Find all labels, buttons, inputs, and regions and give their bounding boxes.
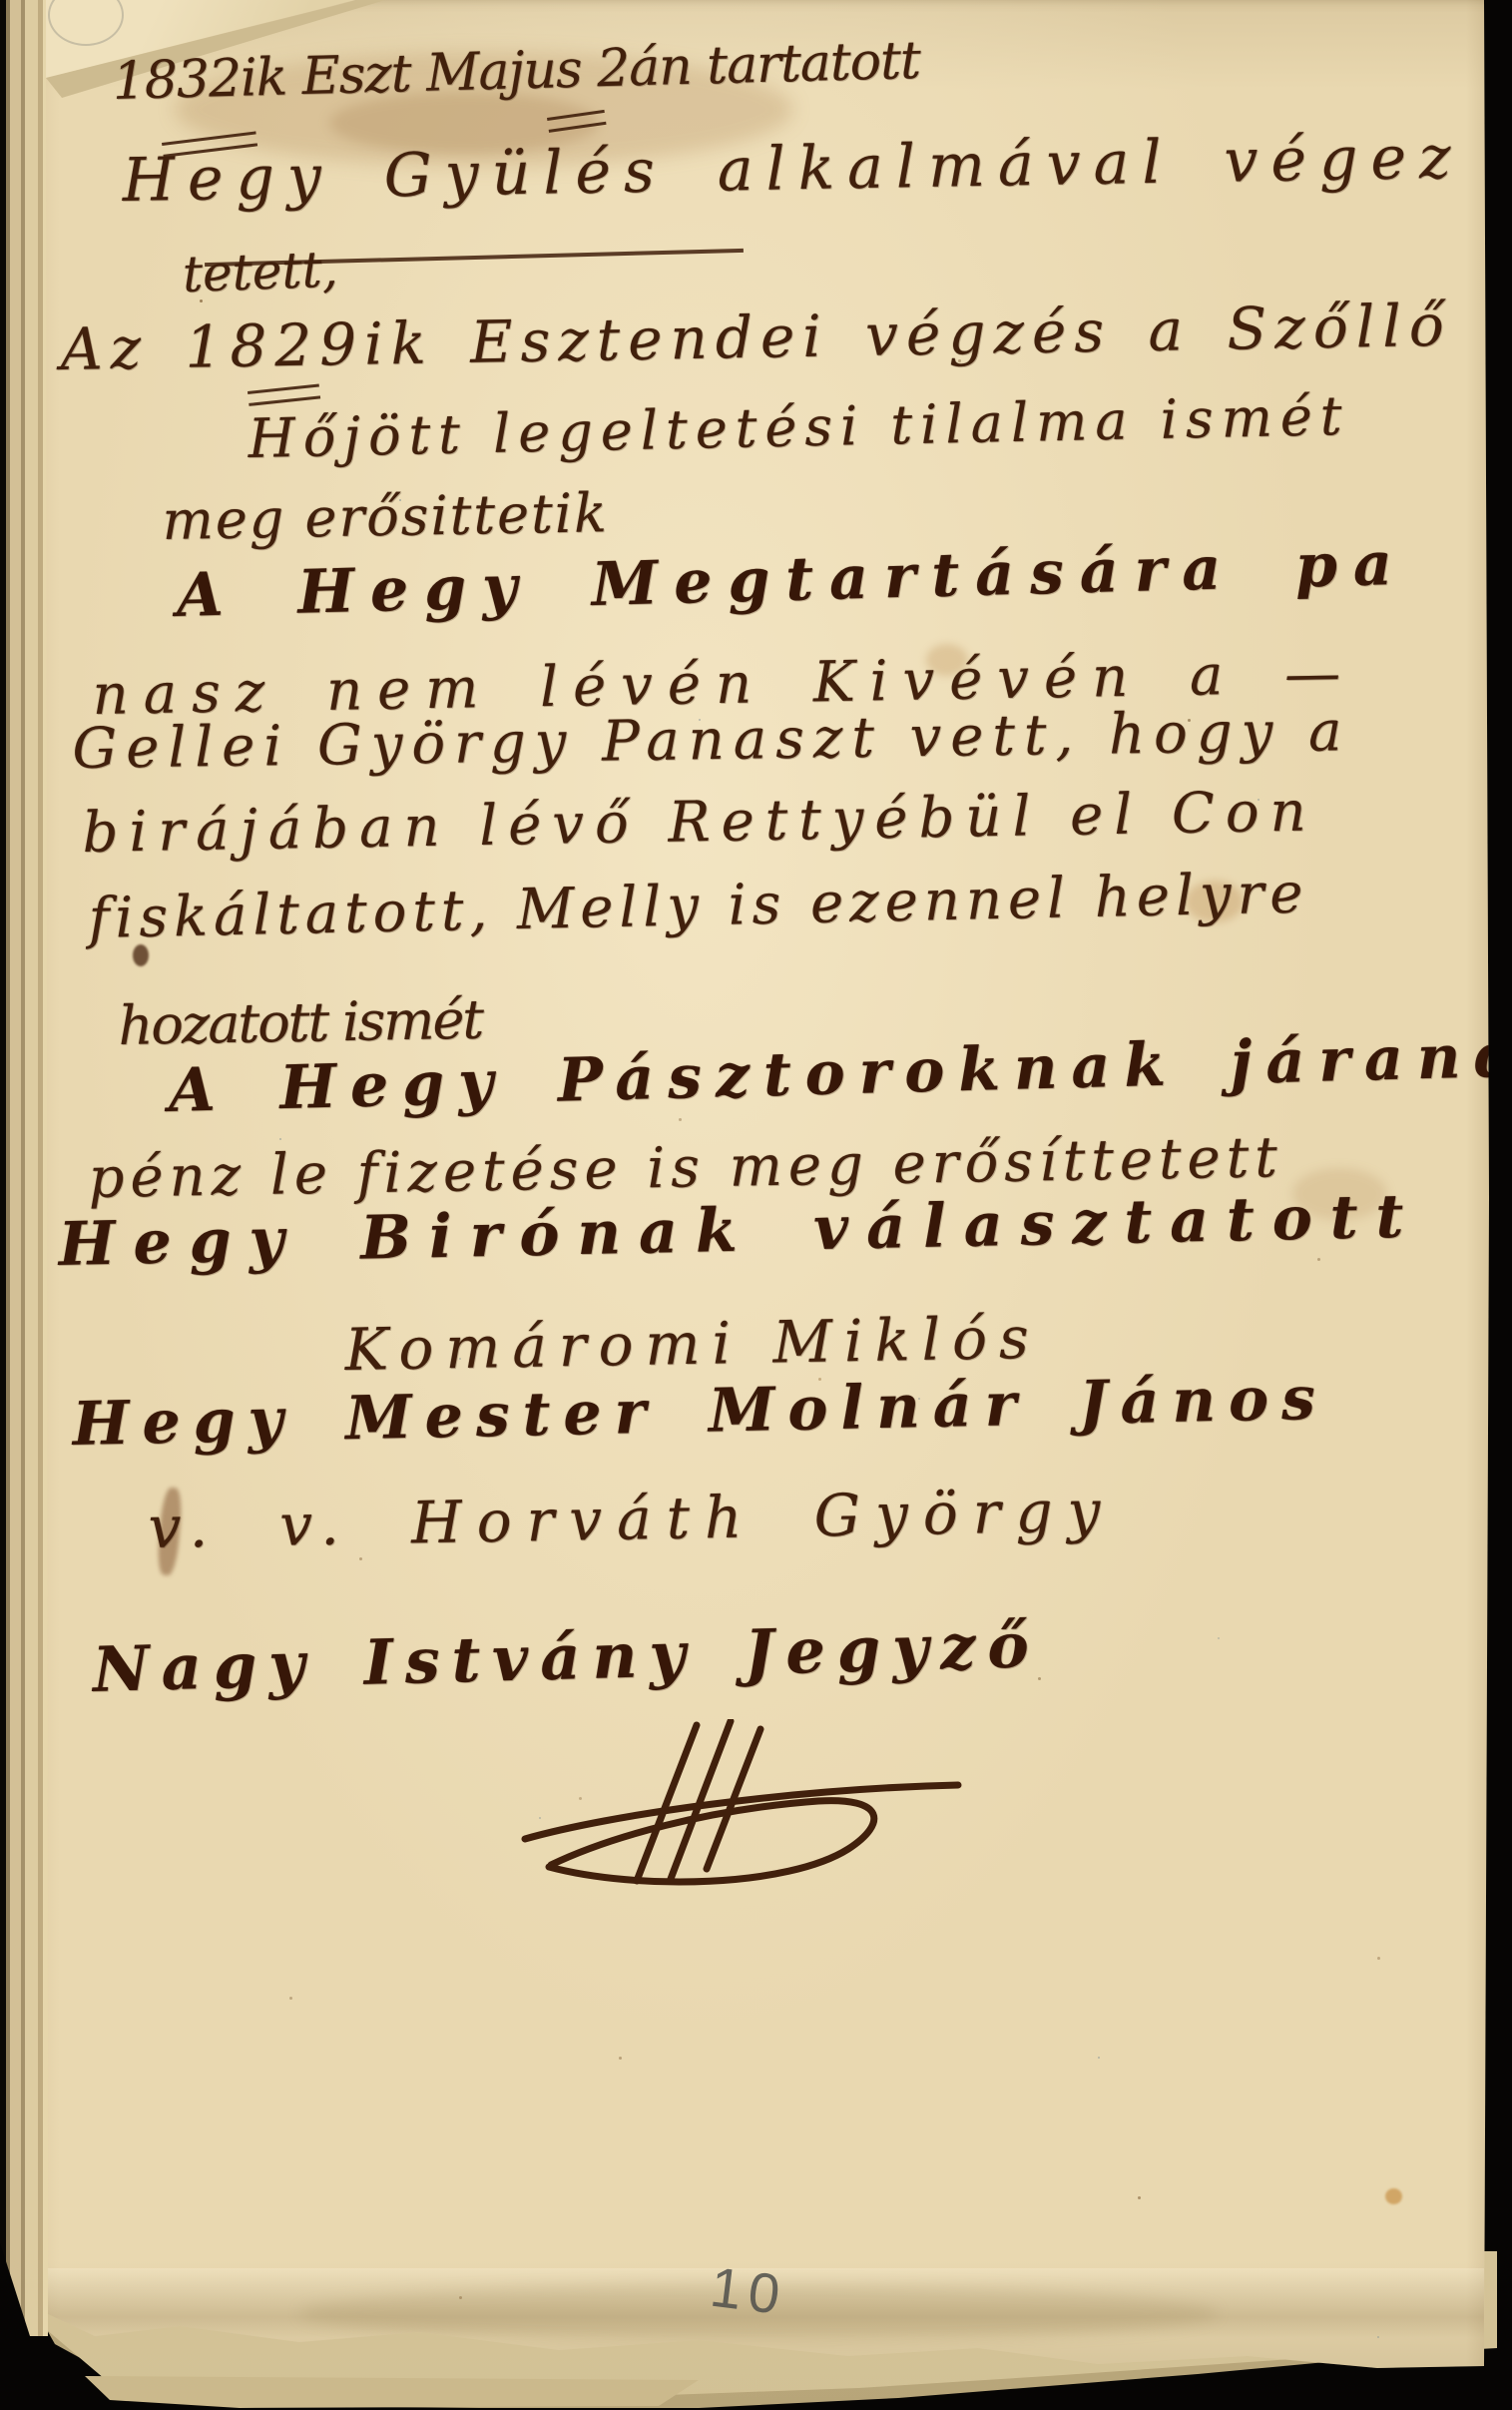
manuscript-line: v. v. Horváth György: [148, 1477, 1116, 1561]
book-left-page-edges: [0, 0, 48, 2336]
manuscript-line: fiskáltatott, Melly is ezennel helyre: [88, 861, 1309, 951]
manuscript-line: birájában lévő Rettyébül el Con: [82, 779, 1317, 866]
manuscript-line: Hőjött legeltetési tilalma ismét: [248, 384, 1350, 470]
signature-flourish-icon: [489, 1719, 988, 1889]
double-underline-year: [248, 383, 320, 405]
age-spot: [1385, 2188, 1402, 2204]
manuscript-page: 1832ik Eszt Majus 2án tartatott Hegy Gyü…: [0, 0, 1512, 2410]
manuscript-line: tetett,: [182, 241, 338, 303]
paper-sheet: 1832ik Eszt Majus 2án tartatott Hegy Gyü…: [0, 0, 1512, 2410]
manuscript-line: Az 1829ik Esztendei végzés a Szőllő: [60, 292, 1452, 383]
manuscript-line: Nagy Istvány Jegyző: [92, 1608, 1042, 1706]
page-number-pencil: 10: [707, 2254, 790, 2328]
manuscript-line: meg erősittetik: [162, 481, 609, 552]
manuscript-line: hozatott ismét: [118, 988, 483, 1057]
manuscript-line: Hegy Mester Molnár János: [72, 1364, 1328, 1460]
